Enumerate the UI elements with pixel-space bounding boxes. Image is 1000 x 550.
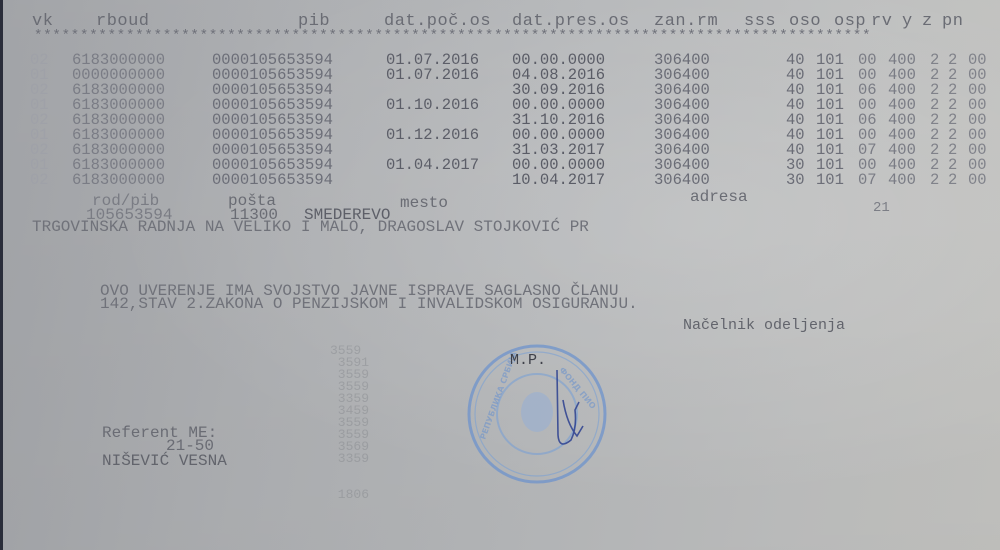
header-z: z [922, 12, 933, 31]
bleed-through-text: 3559 3591 3559 3559 3359 3459 3559 3559 … [330, 345, 369, 501]
cell-oso: 101 [816, 173, 844, 188]
header-rv: rv [871, 12, 892, 31]
cell-zan-rm: 306400 [654, 173, 710, 188]
cell-dat-poc-os: 01.10.2016 [386, 98, 479, 113]
stamp-label: M.P. [510, 352, 546, 369]
referent-name: NIŠEVIĆ VESNA [102, 452, 227, 470]
cell-vk: 02 [30, 173, 49, 188]
employer-number: 21 [873, 200, 890, 216]
header-y: y [902, 12, 913, 31]
employer-name: TRGOVINSKA RADNJA NA VELIKO I MALO, DRAG… [32, 218, 589, 236]
page-edge [0, 0, 3, 550]
label-adresa: adresa [690, 188, 748, 206]
cell-rboud: 6183000000 [72, 173, 165, 188]
cell-y: 2 [930, 173, 939, 188]
cell-pn: 00 [968, 173, 987, 188]
cell-z: 2 [948, 173, 957, 188]
cell-dat-poc-os: 01.07.2016 [386, 68, 479, 83]
header-pn: pn [942, 12, 963, 31]
label-mesto: mesto [400, 194, 448, 212]
cell-dat-poc-os: 01.12.2016 [386, 128, 479, 143]
cell-sss: 30 [786, 173, 805, 188]
cell-rv: 400 [888, 173, 916, 188]
cell-osp: 07 [858, 173, 877, 188]
cell-dat-poc-os: 01.04.2017 [386, 158, 479, 173]
cell-pib: 0000105653594 [212, 173, 333, 188]
header-separator: ****************************************… [34, 28, 871, 44]
signatory-title: Načelnik odeljenja [683, 317, 845, 334]
cell-dat-pres-os: 10.04.2017 [512, 173, 605, 188]
statement-line-2: 142,STAV 2.ZAKONA O PENZIJSKOM I INVALID… [100, 295, 638, 313]
